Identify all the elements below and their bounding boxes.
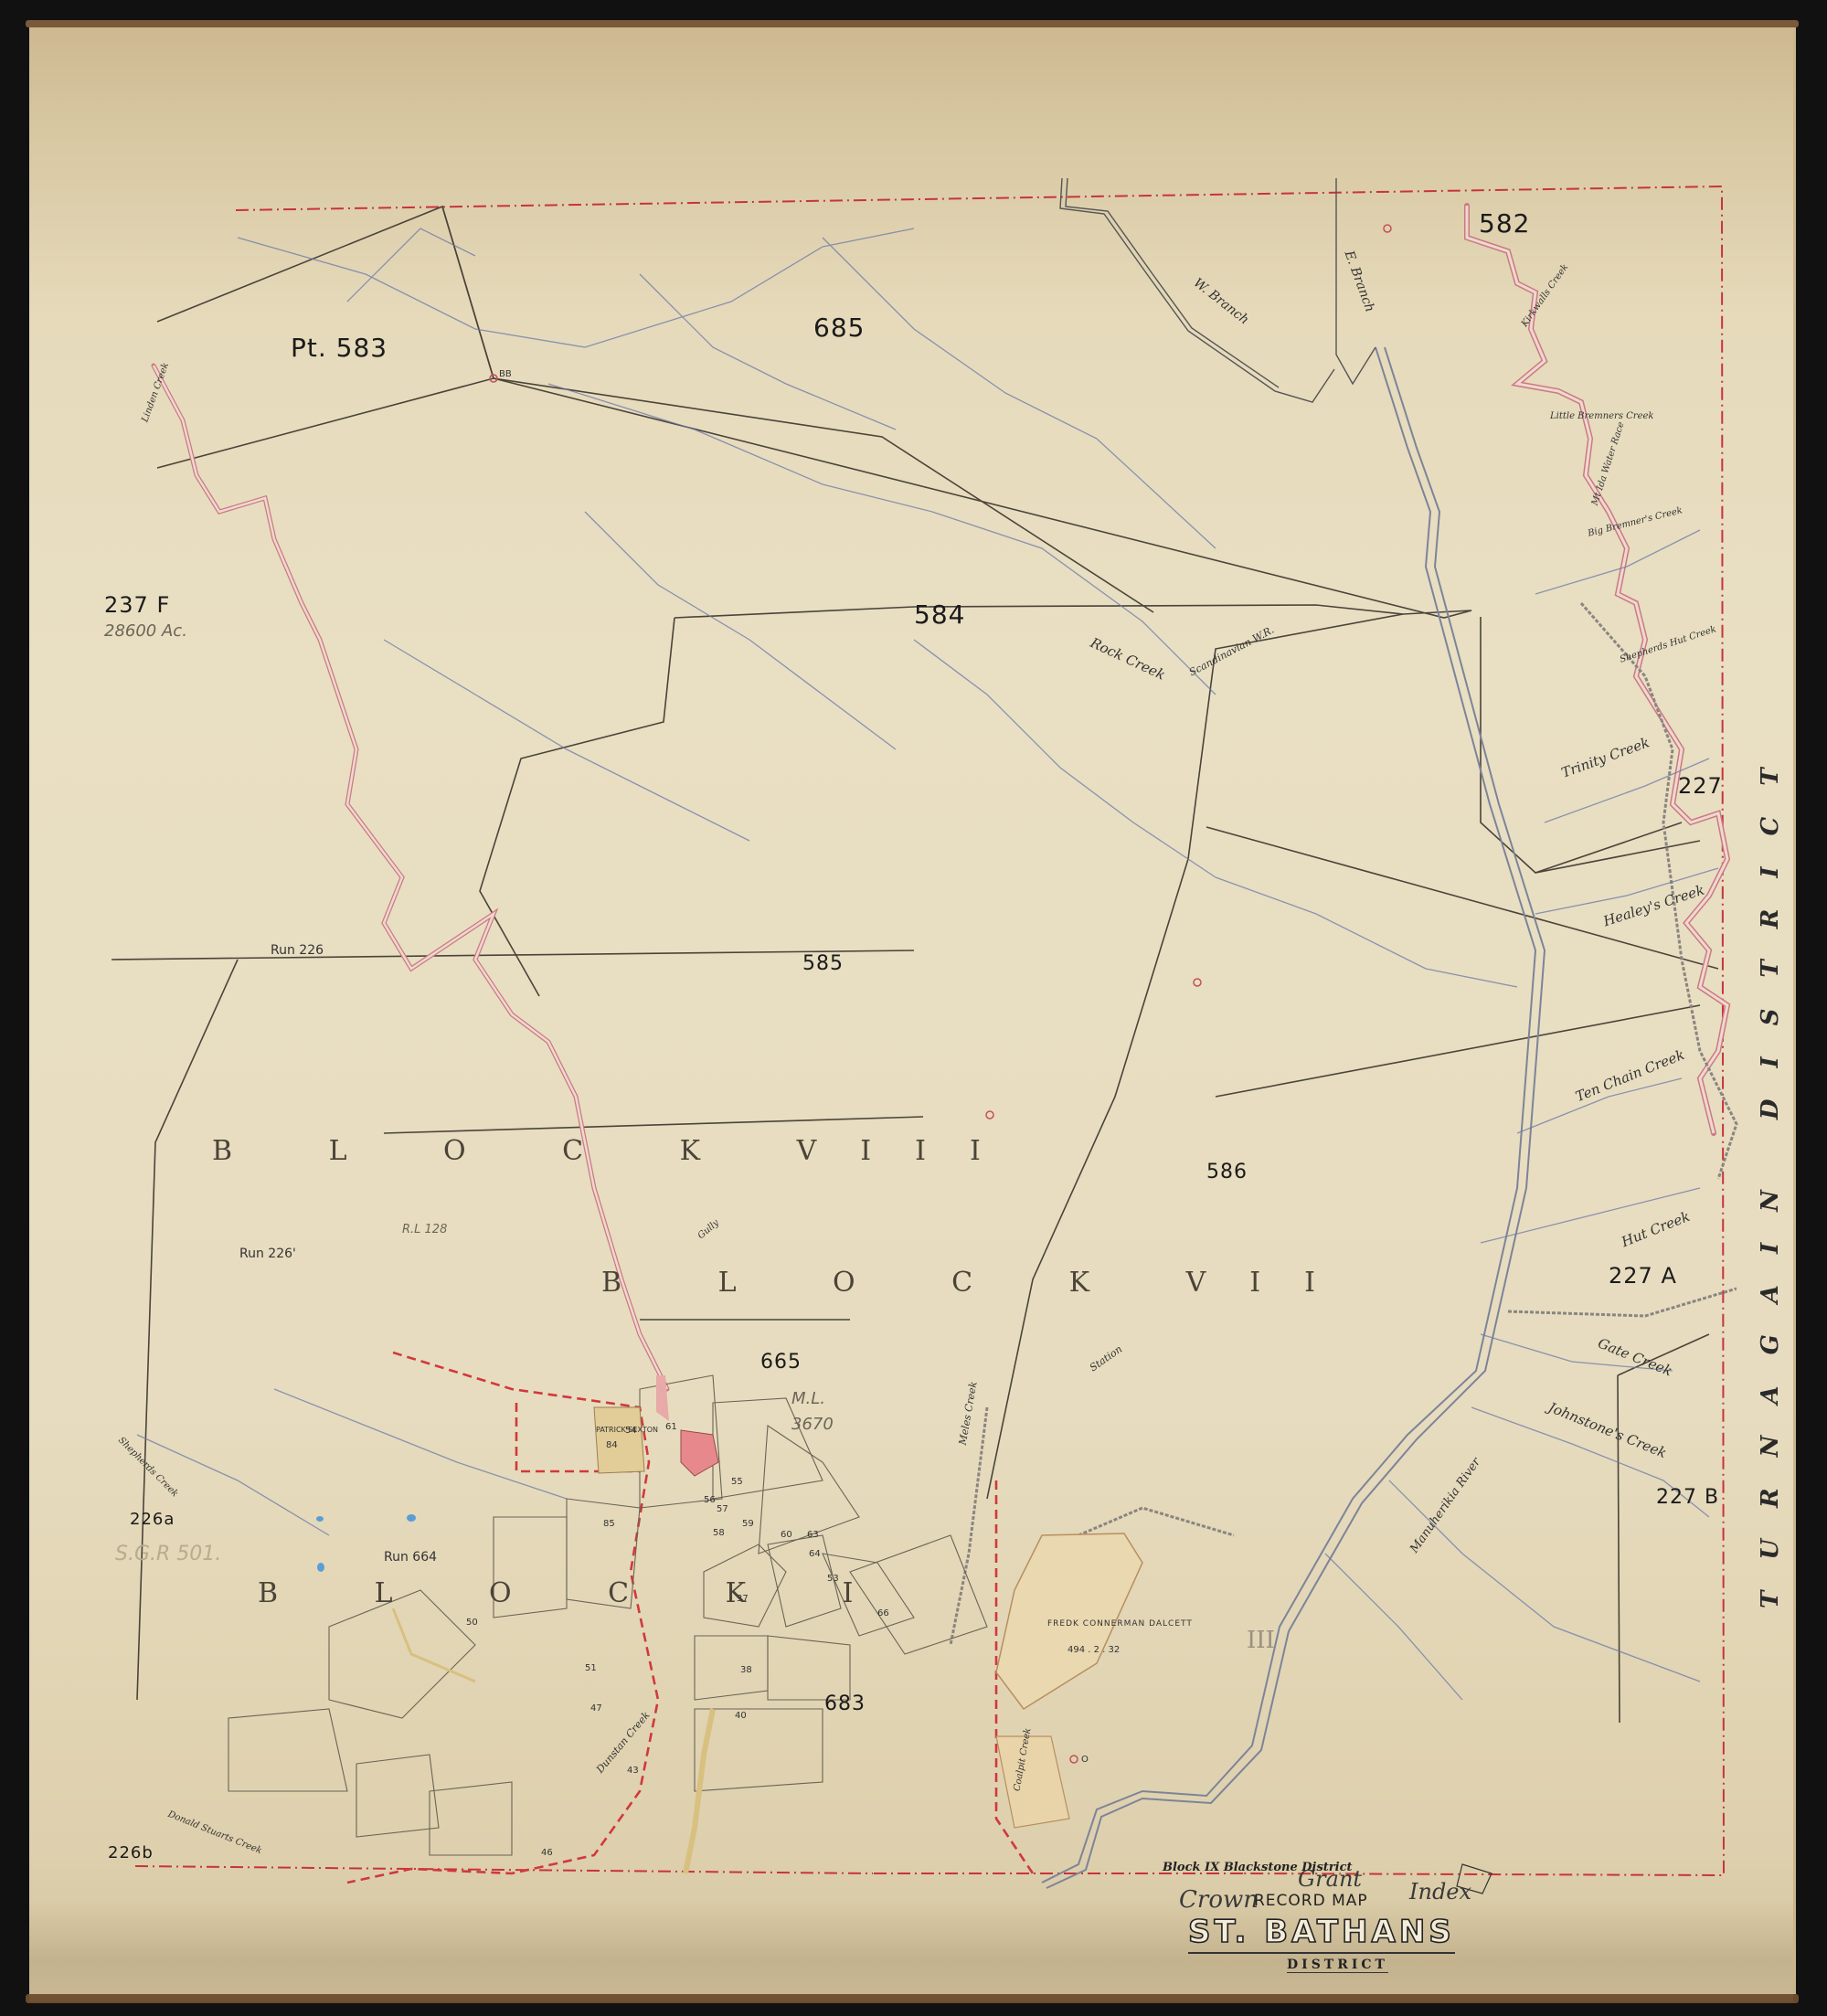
note-ml-number: 3670 [791, 1415, 834, 1434]
title-grant: Grant [1298, 1866, 1362, 1892]
block-vii-label: B L O C K VII [601, 1267, 1359, 1299]
section-numeral-iii: III [1247, 1627, 1275, 1654]
town-lot: 55 [731, 1477, 743, 1487]
town-lot: 84 [606, 1440, 618, 1450]
parcel-label-585: 585 [802, 952, 844, 975]
run-226-label: Run 226 [271, 943, 324, 958]
title-district: DISTRICT [1287, 1958, 1388, 1973]
map-linework [0, 0, 1827, 2016]
parcel-label-227a: 227 A [1609, 1263, 1677, 1289]
block-i-label: B L O C K I [258, 1577, 897, 1609]
town-lot: 43 [627, 1766, 639, 1776]
title-block: Block IX Blackstone District Grant Crown… [1170, 1855, 1481, 1974]
note-ml: M.L. [791, 1389, 825, 1408]
town-lot: 40 [735, 1711, 747, 1721]
block-viii-label: B L O C K VIII [212, 1135, 1025, 1167]
parcel-label-227: 227 [1678, 773, 1723, 799]
run-664-label: Run 664 [384, 1550, 437, 1565]
parcel-boundaries [112, 207, 1718, 1723]
town-lot: 58 [713, 1528, 725, 1538]
parcel-label-665: 665 [760, 1351, 802, 1374]
title-index: Index [1409, 1879, 1471, 1905]
side-label-turnagain-district: TURNAGAIN DISTRICT [1757, 737, 1784, 1608]
note-fred-value: 494 . 2 . 32 [1068, 1645, 1120, 1655]
parcel-label-685: 685 [813, 313, 865, 343]
lease-patrick-sexton [594, 1407, 644, 1473]
parcel-label-237f: 237 F [104, 592, 170, 618]
parcel-label-683: 683 [824, 1692, 866, 1715]
survey-mark-bb: BB [499, 369, 512, 379]
creek-label-little-bremners: Little Bremners Creek [1550, 411, 1653, 421]
run-226-prime-label: Run 226' [239, 1247, 296, 1261]
note-sgr-501: S.G.R 501. [115, 1543, 221, 1565]
town-lot: 56 [704, 1495, 716, 1505]
note-patrick-sexton: PATRICK SEXTON [596, 1426, 658, 1434]
district-boundary [135, 186, 1724, 1875]
survey-mark-o: O [1081, 1755, 1089, 1765]
parcel-label-582: 582 [1479, 208, 1530, 239]
parcel-label-227b: 227 B [1656, 1486, 1719, 1509]
town-lot: 66 [877, 1608, 889, 1618]
town-lot: 50 [466, 1618, 478, 1628]
town-lot: 37 [737, 1594, 749, 1604]
parcel-label-226b: 226b [108, 1843, 154, 1862]
title-crown: Crown [1179, 1886, 1259, 1914]
town-lot: 46 [541, 1848, 553, 1858]
town-lot: 53 [827, 1574, 839, 1584]
town-lot: 57 [717, 1504, 728, 1514]
town-lot: 61 [665, 1422, 677, 1432]
parcel-label-pt583: Pt. 583 [291, 333, 388, 363]
town-lot: 64 [809, 1549, 821, 1559]
creek-network [137, 228, 1718, 1700]
town-lot: 60 [781, 1530, 792, 1540]
title-st-bathans: ST. BATHANS [1188, 1914, 1455, 1954]
bottom-shadow [29, 1901, 1793, 2001]
town-lot: 85 [603, 1519, 615, 1529]
town-lot: 51 [585, 1663, 597, 1673]
note-rl128: R.L 128 [402, 1223, 447, 1236]
title-record-map: RECORD MAP [1254, 1892, 1368, 1910]
parcel-label-584: 584 [914, 599, 965, 630]
town-lot: 63 [807, 1530, 819, 1540]
town-lot: 38 [740, 1665, 752, 1675]
parcel-label-226a: 226a [130, 1510, 175, 1529]
manuherikia-river [1042, 347, 1545, 1888]
parcel-label-586: 586 [1206, 1161, 1248, 1183]
note-fred-conner: FREDK CONNERMAN DALCETT [1047, 1619, 1193, 1629]
town-lot: 47 [590, 1703, 602, 1714]
town-lot: 59 [742, 1519, 754, 1529]
area-note: 28600 Ac. [104, 621, 187, 641]
